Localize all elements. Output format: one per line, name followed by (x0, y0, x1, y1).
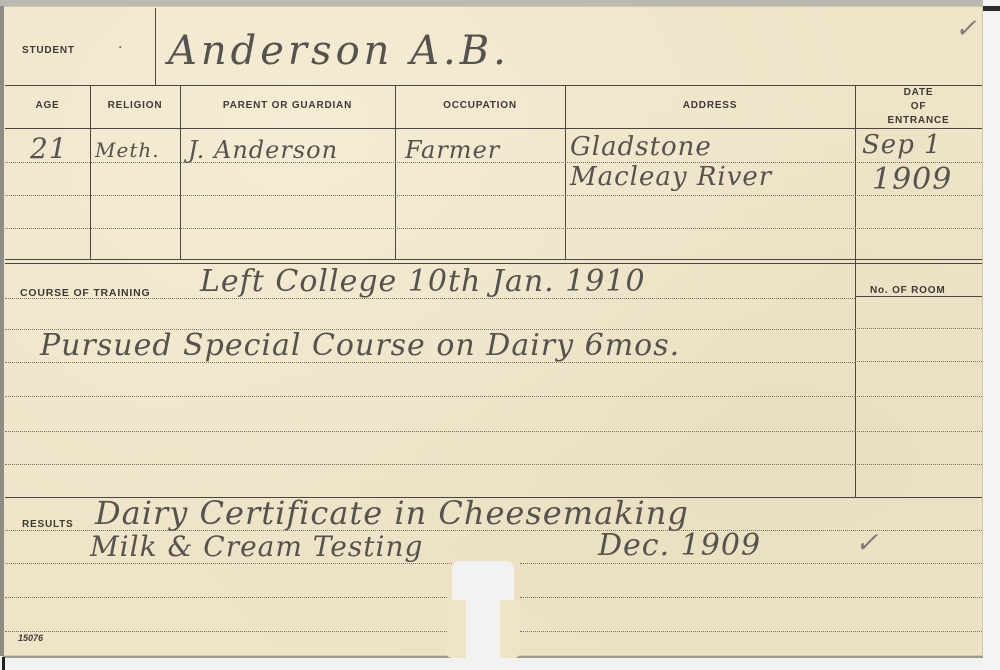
dotted-rule-details-3 (5, 228, 982, 229)
dotted-rule-details-2 (5, 195, 982, 196)
header-date-line3: ENTRANCE (855, 115, 982, 126)
value-occupation: Farmer (405, 136, 500, 164)
header-age: AGE (5, 100, 90, 111)
student-name: Anderson A.B. (168, 28, 510, 74)
results-check-mark-icon: ✓ (855, 526, 878, 559)
dotted-rule-results-3-left (5, 597, 447, 598)
rule-room-header (855, 296, 982, 297)
rule-header-bottom (5, 128, 982, 129)
header-religion: RELIGION (90, 100, 180, 111)
filing-notch-left-shoulder (446, 600, 466, 658)
header-date-line1: DATE (855, 87, 982, 98)
dotted-rule-results-3-right (520, 597, 982, 598)
dotted-rule-room-1 (855, 328, 982, 329)
header-address: ADDRESS (565, 100, 855, 111)
header-occupation: OCCUPATION (395, 100, 565, 111)
results-line2-right: Dec. 1909 (598, 528, 761, 563)
header-date-line2: OF (855, 101, 982, 112)
dotted-rule-course-3 (5, 362, 855, 363)
rule-student-bottom-right (855, 85, 982, 86)
dotted-rule-results-4-right (520, 631, 982, 632)
results-line1: Dairy Certificate in Cheesemaking (95, 494, 689, 532)
scan-bottom-mark (2, 657, 5, 670)
filing-notch-neck (466, 610, 500, 660)
rule-student-divider (155, 8, 156, 85)
check-mark-icon: ✓ (955, 14, 977, 44)
dotted-rule-course-4 (5, 396, 855, 397)
rule-age-religion (90, 85, 91, 259)
scan-right-margin (983, 0, 1000, 670)
value-parent-or-guardian: J. Anderson (188, 136, 338, 164)
value-date-line1: Sep 1 (862, 130, 942, 160)
form-number: 15076 (18, 633, 43, 643)
dotted-rule-course-5 (5, 431, 855, 432)
results-line2-left: Milk & Cream Testing (90, 530, 423, 563)
dotted-rule-room-4 (855, 431, 982, 432)
dotted-rule-results-4-left (5, 631, 447, 632)
rule-address-date-and-room (855, 85, 856, 497)
value-address-line2: Macleay River (570, 162, 772, 192)
value-date-line2: 1909 (872, 162, 952, 197)
rule-parent-occupation (395, 85, 396, 259)
filing-notch-right-shoulder (500, 600, 520, 658)
dotted-rule-room-3 (855, 396, 982, 397)
dotted-rule-room-2 (855, 361, 982, 362)
dotted-rule-course-6 (5, 464, 855, 465)
header-parent-or-guardian: PARENT OR GUARDIAN (180, 100, 395, 111)
student-label: STUDENT (22, 45, 75, 56)
scan-corner-mark (983, 6, 1000, 11)
ink-dot: · (118, 40, 123, 56)
card-left-edge (0, 6, 4, 656)
rule-occupation-address (565, 85, 566, 259)
value-religion: Meth. (95, 138, 160, 162)
value-age: 21 (30, 132, 68, 165)
dotted-rule-results-2-right (520, 563, 982, 564)
value-address-line1: Gladstone (570, 132, 712, 162)
course-line1: Left College 10th Jan. 1910 (200, 264, 646, 299)
dotted-rule-room-5 (855, 464, 982, 465)
rule-religion-parent (180, 85, 181, 259)
rule-details-bottom-1 (5, 259, 982, 260)
rule-student-bottom (5, 85, 855, 86)
dotted-rule-results-2-left (5, 563, 452, 564)
results-label: RESULTS (22, 519, 74, 530)
room-number-label: No. OF ROOM (870, 285, 945, 296)
course-line2: Pursued Special Course on Dairy 6mos. (40, 328, 680, 363)
